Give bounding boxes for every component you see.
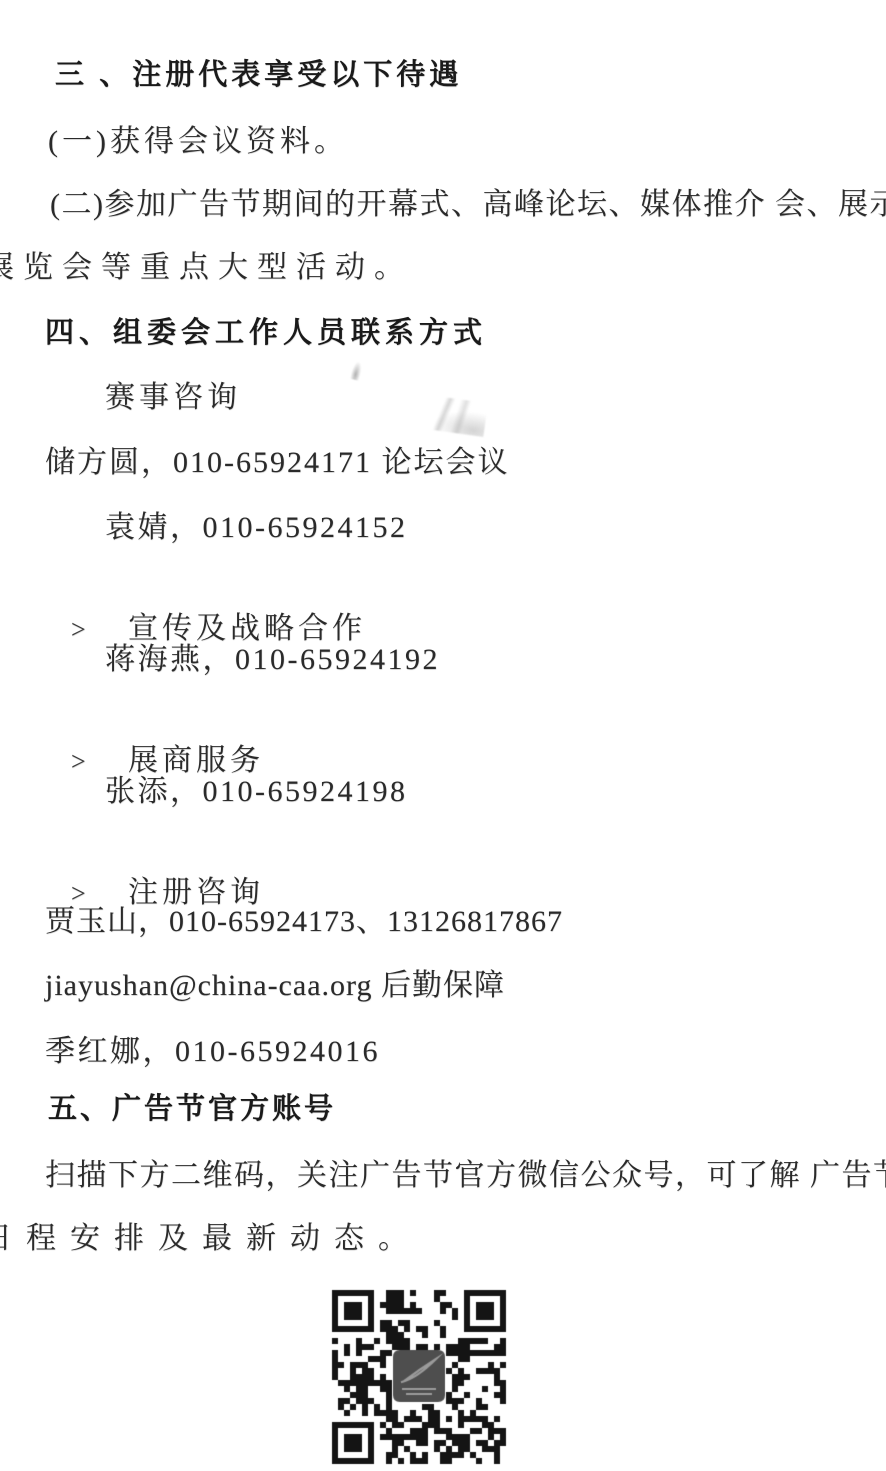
scan-smudge <box>410 393 488 437</box>
section-5-heading: 五、广告节官方账号 <box>48 1086 336 1127</box>
benefit-item-1: (一)获得会议资料。 <box>48 116 348 160</box>
section-3-heading: 三 、注册代表享受以下待遇 <box>55 52 462 93</box>
scan-smudge <box>350 361 363 381</box>
scanned-document-page: { "page": { "background": "#ffffff", "in… <box>0 0 886 1471</box>
qr-instruction-line-2: 日程安排及最新动态。 <box>0 1213 422 1257</box>
contact-line: 贾玉山，010-65924173、13126817867 <box>45 896 563 940</box>
qr-code-image <box>330 1288 508 1466</box>
contact-category-event-consult: 赛事咨询 <box>105 372 241 416</box>
qr-instruction-line-1: 扫描下方二维码，关注广告节官方微信公众号，可了解 广告节 <box>45 1150 886 1194</box>
contact-line: 袁婧，010-65924152 <box>105 502 408 546</box>
benefit-item-2-line-1: (二)参加广告节期间的开幕式、高峰论坛、媒体推介 会、展示 <box>50 179 886 223</box>
contact-line-email: jiayushan@china-caa.org 后勤保障 <box>45 960 505 1004</box>
benefit-item-2-line-2: 展览会等重点大型活动。 <box>0 242 413 286</box>
contact-line: 张添，010-65924198 <box>105 766 408 810</box>
contact-line: 蒋海燕，010-65924192 <box>105 634 440 678</box>
wechat-qr-code <box>330 1288 508 1466</box>
section-4-heading: 四、组委会工作人员联系方式 <box>45 310 487 351</box>
contact-line: 季红娜，010-65924016 <box>45 1026 380 1070</box>
contact-line: 储方圆，010-65924171 论坛会议 <box>45 437 510 481</box>
